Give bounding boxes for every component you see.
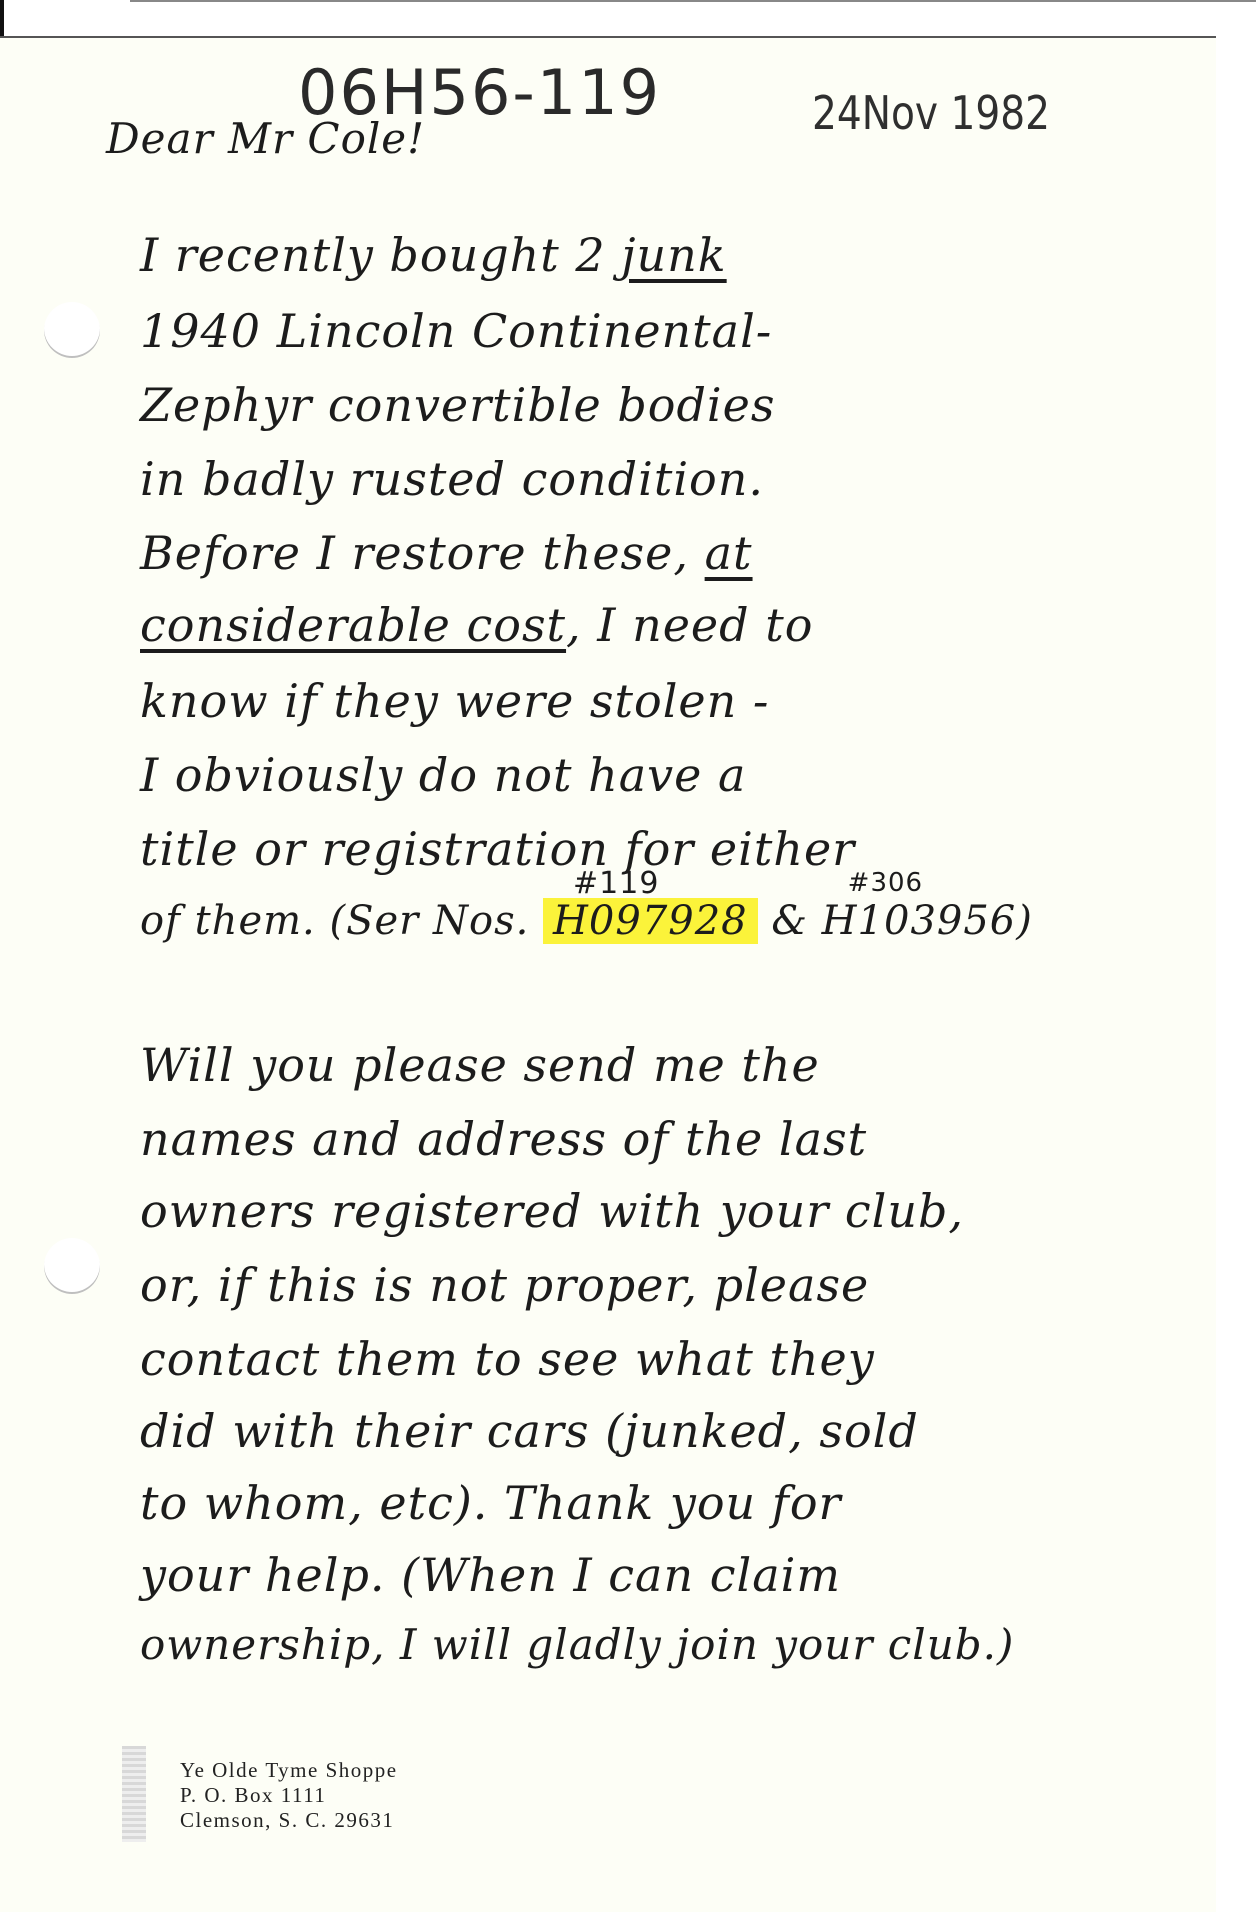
underlined-word: at [705, 526, 753, 580]
body-line-1: I recently bought 2 junk [140, 228, 727, 282]
body-line-18: your help. (When I can claim [140, 1548, 841, 1602]
body-line-6: considerable cost, I need to [140, 598, 813, 652]
serial: #306H103956 [822, 898, 1017, 944]
underlined-word: junk [621, 228, 726, 282]
body-line-12: names and address of the last [140, 1112, 867, 1166]
underlined-phrase: considerable cost [140, 598, 566, 652]
serial-number: H103956 [822, 898, 1017, 944]
scan-edge [0, 0, 4, 36]
text: & [758, 898, 822, 944]
text: I recently bought 2 [140, 228, 621, 282]
letter-page: 06H56-119 24Nov 1982 Dear Mr Cole! I rec… [0, 36, 1216, 1912]
letterhead-name: Ye Olde Tyme Shoppe [180, 1758, 398, 1783]
salutation: Dear Mr Cole! [106, 114, 425, 163]
serial-number: H097928 [553, 898, 748, 944]
body-line-5: Before I restore these, at [140, 526, 753, 580]
letterhead-po-box: P. O. Box 1111 [180, 1783, 398, 1808]
body-line-17: to whom, etc). Thank you for [140, 1476, 842, 1530]
text: of them. (Ser Nos. [140, 898, 543, 944]
letterhead-bar [122, 1746, 146, 1842]
scan-edge-top [130, 0, 1256, 2]
body-line-16: did with their cars (junked, sold [140, 1404, 919, 1458]
body-line-11: Will you please send me the [140, 1038, 820, 1092]
body-line-7: know if they were stolen - [140, 674, 769, 728]
body-line-4: in badly rusted condition. [140, 452, 764, 506]
body-line-15: contact them to see what they [140, 1332, 875, 1386]
body-line-19: ownership, I will gladly join your club.… [140, 1620, 1014, 1669]
punch-hole-icon [44, 302, 100, 358]
text: Before I restore these, [140, 526, 705, 580]
body-line-14: or, if this is not proper, please [140, 1258, 869, 1312]
body-line-9: title or registration for either [140, 822, 855, 876]
text: , I need to [566, 598, 813, 652]
body-line-13: owners registered with your club, [140, 1184, 964, 1238]
body-line-2: 1940 Lincoln Continental- [140, 304, 772, 358]
text: ) [1016, 898, 1033, 944]
body-line-8: I obviously do not have a [140, 748, 746, 802]
body-line-3: Zephyr convertible bodies [140, 378, 775, 432]
letterhead: Ye Olde Tyme Shoppe P. O. Box 1111 Clems… [180, 1758, 398, 1833]
body-line-10-serials: of them. (Ser Nos. #119H097928 & #306H10… [140, 898, 1033, 944]
punch-hole-icon [44, 1238, 100, 1294]
letterhead-city: Clemson, S. C. 29631 [180, 1808, 398, 1833]
highlighted-serial: #119H097928 [543, 898, 758, 944]
serial-annotation: #306 [848, 868, 923, 898]
letter-date: 24Nov 1982 [812, 86, 1050, 140]
serial-annotation: #119 [573, 866, 659, 901]
